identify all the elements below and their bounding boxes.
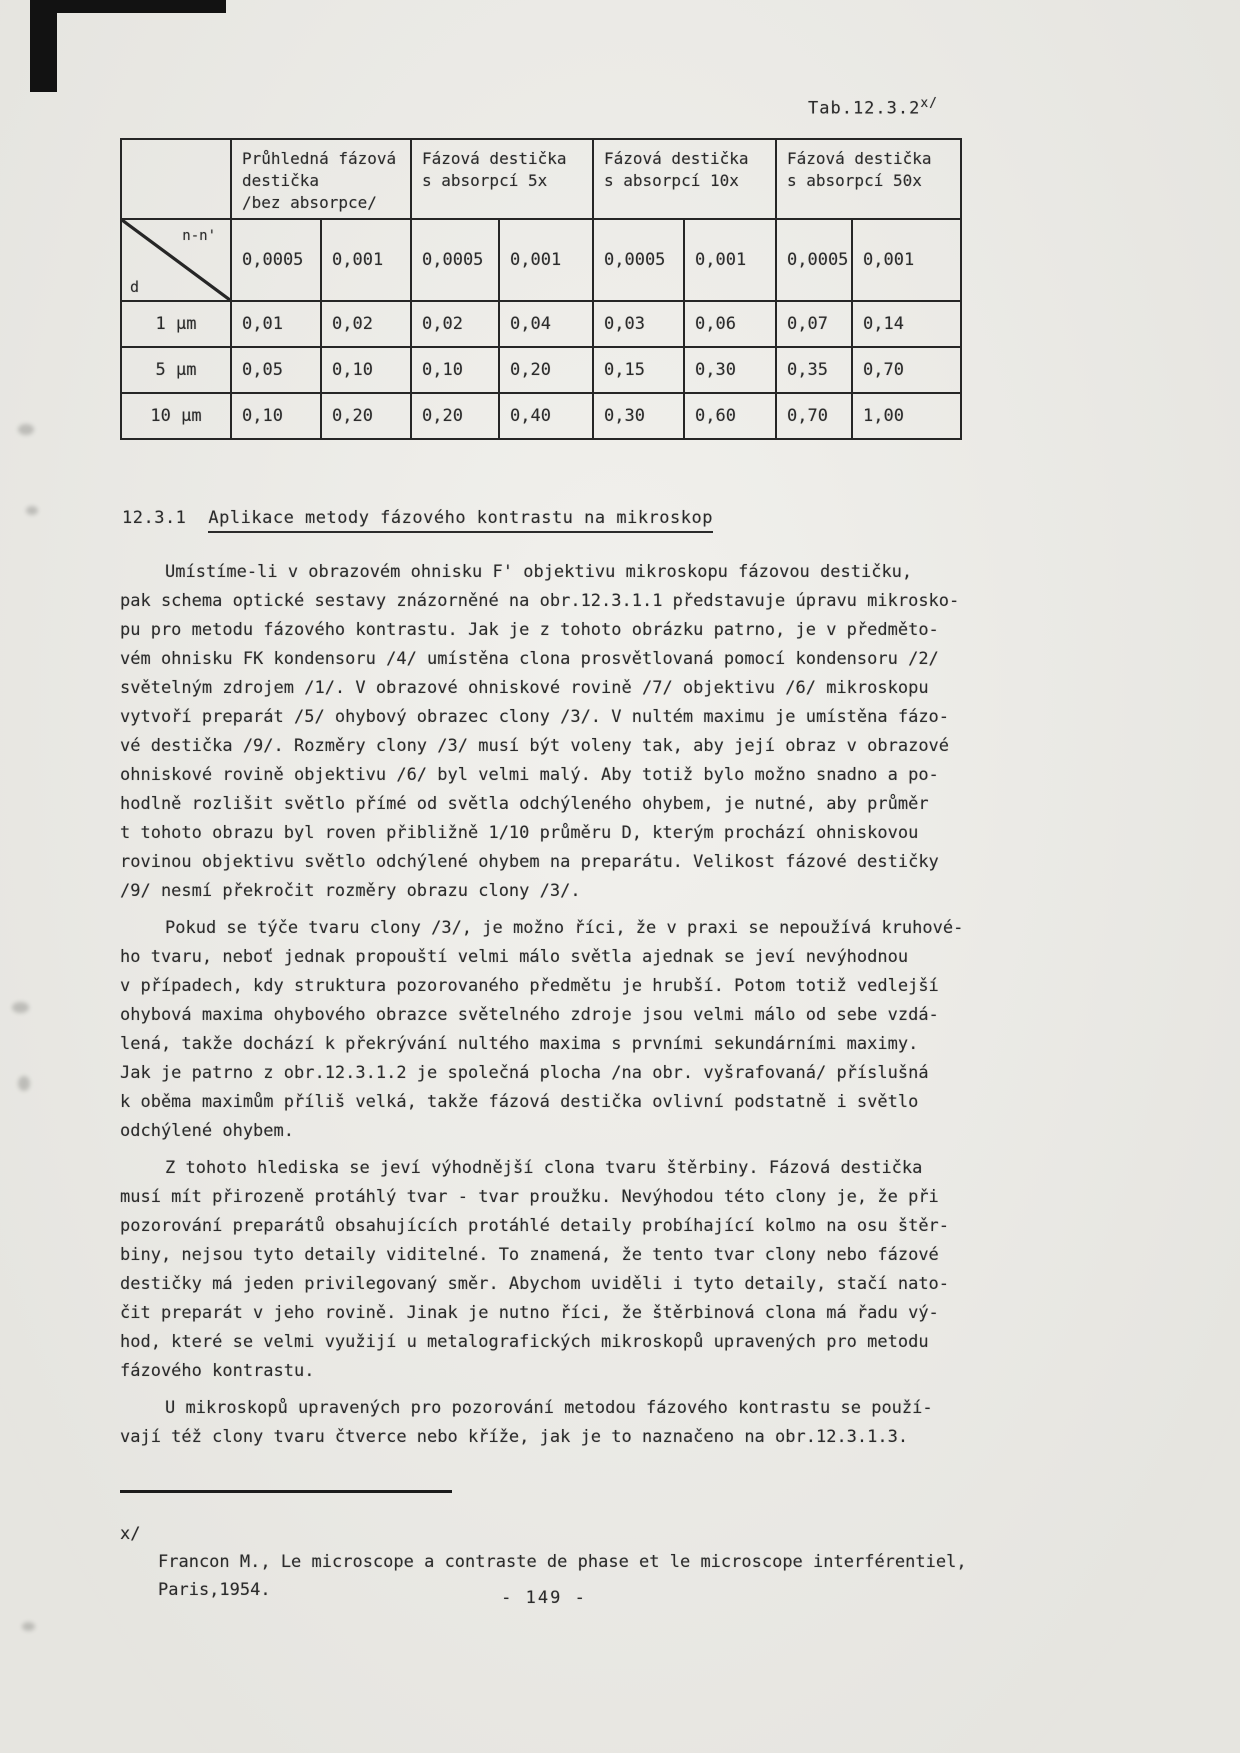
table-cell: 0,05 [231,347,321,393]
section-title: Aplikace metody fázového kontrastu na mi… [208,508,713,533]
scanned-page: Tab.12.3.2x/ Průhledná fázová destička /… [0,0,1240,1753]
table-cell: 0,30 [684,347,776,393]
footnote-divider [120,1490,452,1493]
table-caption-text: Tab.12.3.2 [808,99,920,119]
diagonal-corner-cell: n-n' d [121,219,231,301]
scan-smudge [18,1076,30,1091]
table-cell: 0,70 [776,393,852,439]
scan-smudge [26,506,38,515]
table-group-header-row: Průhledná fázová destička /bez absorpce/… [121,139,961,219]
corner-label-d: d [130,278,139,296]
table-cell: 0,01 [231,301,321,347]
table-cell: 0,20 [411,393,499,439]
table-cell: 0,02 [321,301,411,347]
table-cell: 0,15 [593,347,684,393]
scan-artifact-top-bar [30,0,226,13]
table-cell: 0,20 [499,347,593,393]
subheader-cell: 0,0005 [231,219,321,301]
subheader-cell: 0,0005 [593,219,684,301]
table-cell: 0,60 [684,393,776,439]
group-header: Fázová destička s absorpcí 5x [411,139,593,219]
group-header: Fázová destička s absorpcí 50x [776,139,961,219]
table-subheader-row: n-n' d 0,0005 0,001 0,0005 0,001 0,0005 … [121,219,961,301]
table-caption: Tab.12.3.2x/ [808,96,938,119]
subheader-cell: 0,001 [499,219,593,301]
paragraph: Z tohoto hlediska se jeví výhodnější clo… [120,1154,972,1386]
paragraph: Pokud se týče tvaru clony /3/, je možno … [120,914,972,1146]
group-header: Průhledná fázová destička /bez absorpce/ [231,139,411,219]
row-label: 10 μm [121,393,231,439]
scan-artifact-left-bar [30,0,57,92]
footnote-reference-mark: x/ [920,96,938,111]
table-cell: 0,35 [776,347,852,393]
table-row: 10 μm 0,10 0,20 0,20 0,40 0,30 0,60 0,70… [121,393,961,439]
subheader-cell: 0,0005 [776,219,852,301]
subheader-cell: 0,001 [684,219,776,301]
paragraph: U mikroskopů upravených pro pozorování m… [120,1394,972,1452]
section-heading: 12.3.1Aplikace metody fázového kontrastu… [122,508,713,528]
row-label: 5 μm [121,347,231,393]
corner-label-n-n: n-n' [182,228,216,244]
table-row: 1 μm 0,01 0,02 0,02 0,04 0,03 0,06 0,07 … [121,301,961,347]
group-header: Fázová destička s absorpcí 10x [593,139,776,219]
table-cell: 0,03 [593,301,684,347]
table-cell: 0,02 [411,301,499,347]
table-cell: 0,10 [321,347,411,393]
phase-plate-table: Průhledná fázová destička /bez absorpce/… [120,138,962,440]
table-cell: 0,40 [499,393,593,439]
table-cell: 0,30 [593,393,684,439]
table-cell: 0,70 [852,347,961,393]
page-number: - 149 - [120,1588,968,1608]
scan-smudge [18,424,34,435]
subheader-cell: 0,001 [852,219,961,301]
paragraph: Umístíme-li v obrazovém ohnisku F' objek… [120,558,972,906]
subheader-cell: 0,0005 [411,219,499,301]
row-label: 1 μm [121,301,231,347]
table-cell: 1,00 [852,393,961,439]
table-cell: 0,04 [499,301,593,347]
table-row: 5 μm 0,05 0,10 0,10 0,20 0,15 0,30 0,35 … [121,347,961,393]
subheader-cell: 0,001 [321,219,411,301]
scan-smudge [22,1622,35,1631]
table-cell: 0,07 [776,301,852,347]
table-cell: 0,06 [684,301,776,347]
table-cell: 0,20 [321,393,411,439]
section-number: 12.3.1 [122,508,186,528]
body-text: Umístíme-li v obrazovém ohnisku F' objek… [120,558,972,1460]
table-cell: 0,14 [852,301,961,347]
scan-smudge [12,1002,29,1013]
table-cell: 0,10 [411,347,499,393]
table-empty-corner [121,139,231,219]
footnote-marker: x/ [120,1520,140,1548]
table-cell: 0,10 [231,393,321,439]
